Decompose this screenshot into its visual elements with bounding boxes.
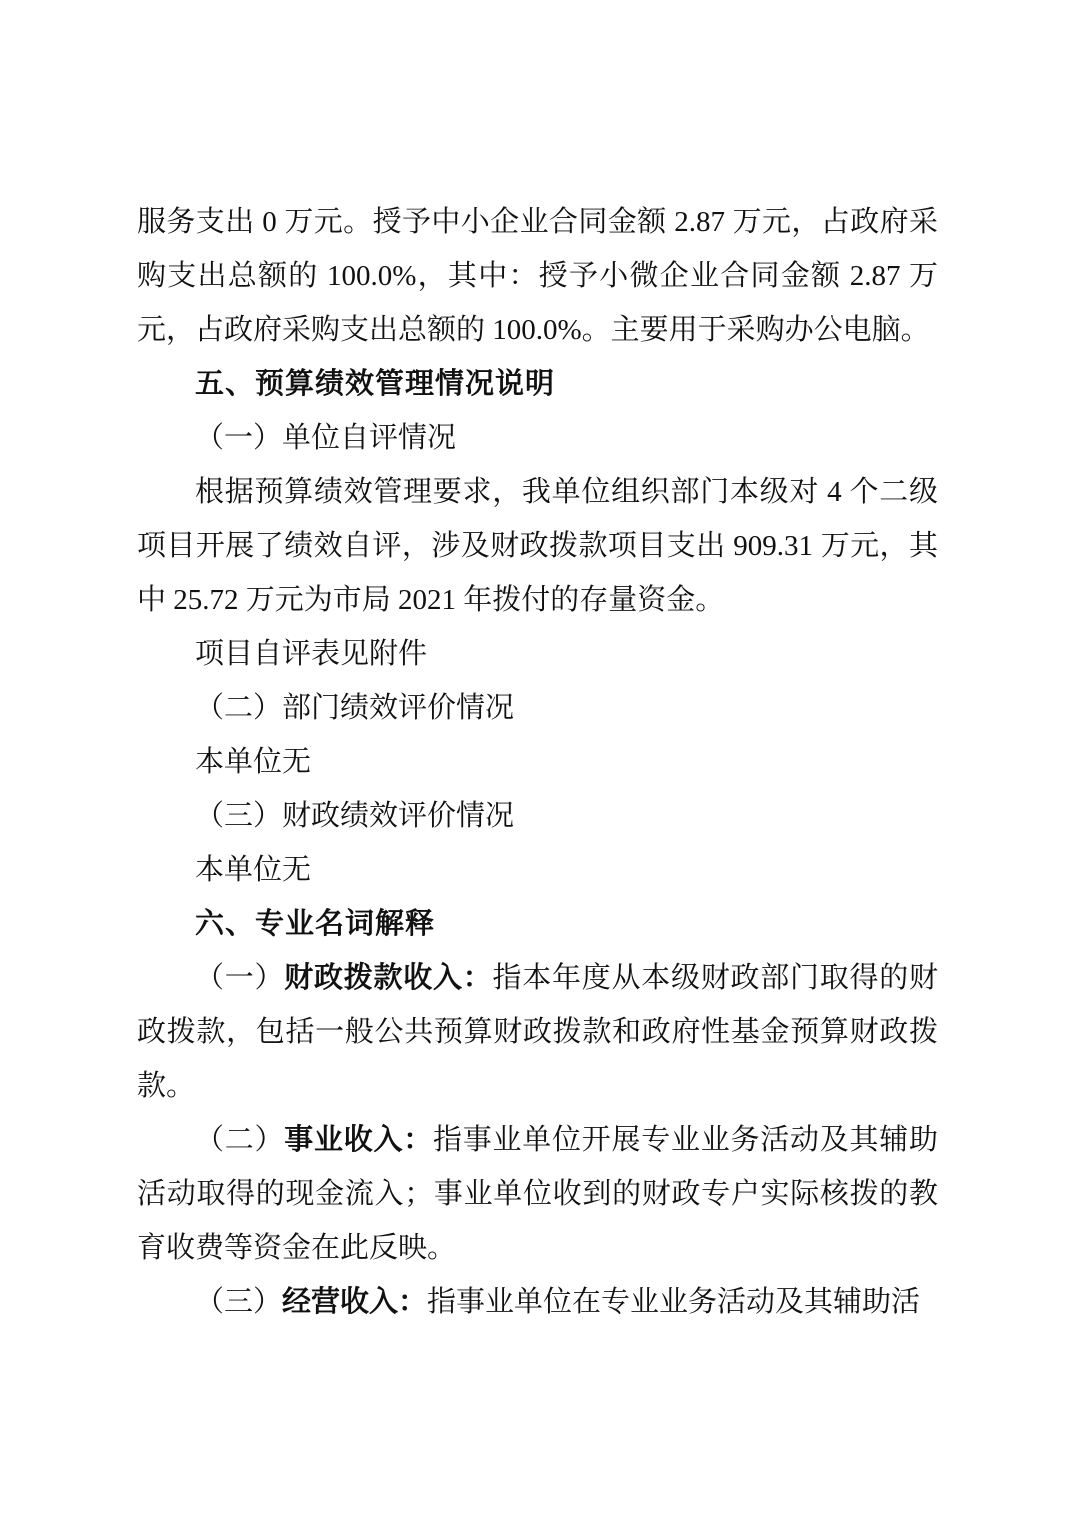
section-5-heading: 五、预算绩效管理情况说明 bbox=[137, 357, 938, 411]
term-definition-institution-income: （二）事业收入：指事业单位开展专业业务活动及其辅助活动取得的现金流入；事业单位收… bbox=[137, 1113, 938, 1275]
section-5-attachment-note: 项目自评表见附件 bbox=[137, 627, 938, 681]
section-5-sub3-heading: （三）财政绩效评价情况 bbox=[137, 789, 938, 843]
term-prefix: （一） bbox=[195, 962, 284, 994]
section-5-sub1-heading: （一）单位自评情况 bbox=[137, 411, 938, 465]
term-definition-operating-income: （三）经营收入：指事业单位在专业业务活动及其辅助活 bbox=[137, 1275, 938, 1329]
document-page: 服务支出 0 万元。授予中小企业合同金额 2.87 万元，占政府采购支出总额的 … bbox=[0, 0, 1075, 1520]
section-5-sub1-body: 根据预算绩效管理要求，我单位组织部门本级对 4 个二级项目开展了绩效自评，涉及财… bbox=[137, 465, 938, 627]
term-label: 经营收入： bbox=[282, 1286, 427, 1318]
term-label: 事业收入： bbox=[284, 1124, 433, 1156]
term-definition-fiscal-appropriation-income: （一）财政拨款收入：指本年度从本级财政部门取得的财政拨款，包括一般公共预算财政拨… bbox=[137, 951, 938, 1113]
section-5-sub3-body: 本单位无 bbox=[137, 843, 938, 897]
procurement-continuation-paragraph: 服务支出 0 万元。授予中小企业合同金额 2.87 万元，占政府采购支出总额的 … bbox=[137, 195, 938, 357]
section-5-sub2-body: 本单位无 bbox=[137, 735, 938, 789]
term-prefix: （二） bbox=[195, 1124, 284, 1156]
document-content: 服务支出 0 万元。授予中小企业合同金额 2.87 万元，占政府采购支出总额的 … bbox=[137, 195, 938, 1329]
term-definition-text: 指事业单位在专业业务活动及其辅助活 bbox=[427, 1286, 920, 1318]
term-prefix: （三） bbox=[195, 1286, 282, 1318]
section-5-sub2-heading: （二）部门绩效评价情况 bbox=[137, 681, 938, 735]
term-label: 财政拨款收入： bbox=[284, 962, 492, 994]
section-6-heading: 六、专业名词解释 bbox=[137, 897, 938, 951]
